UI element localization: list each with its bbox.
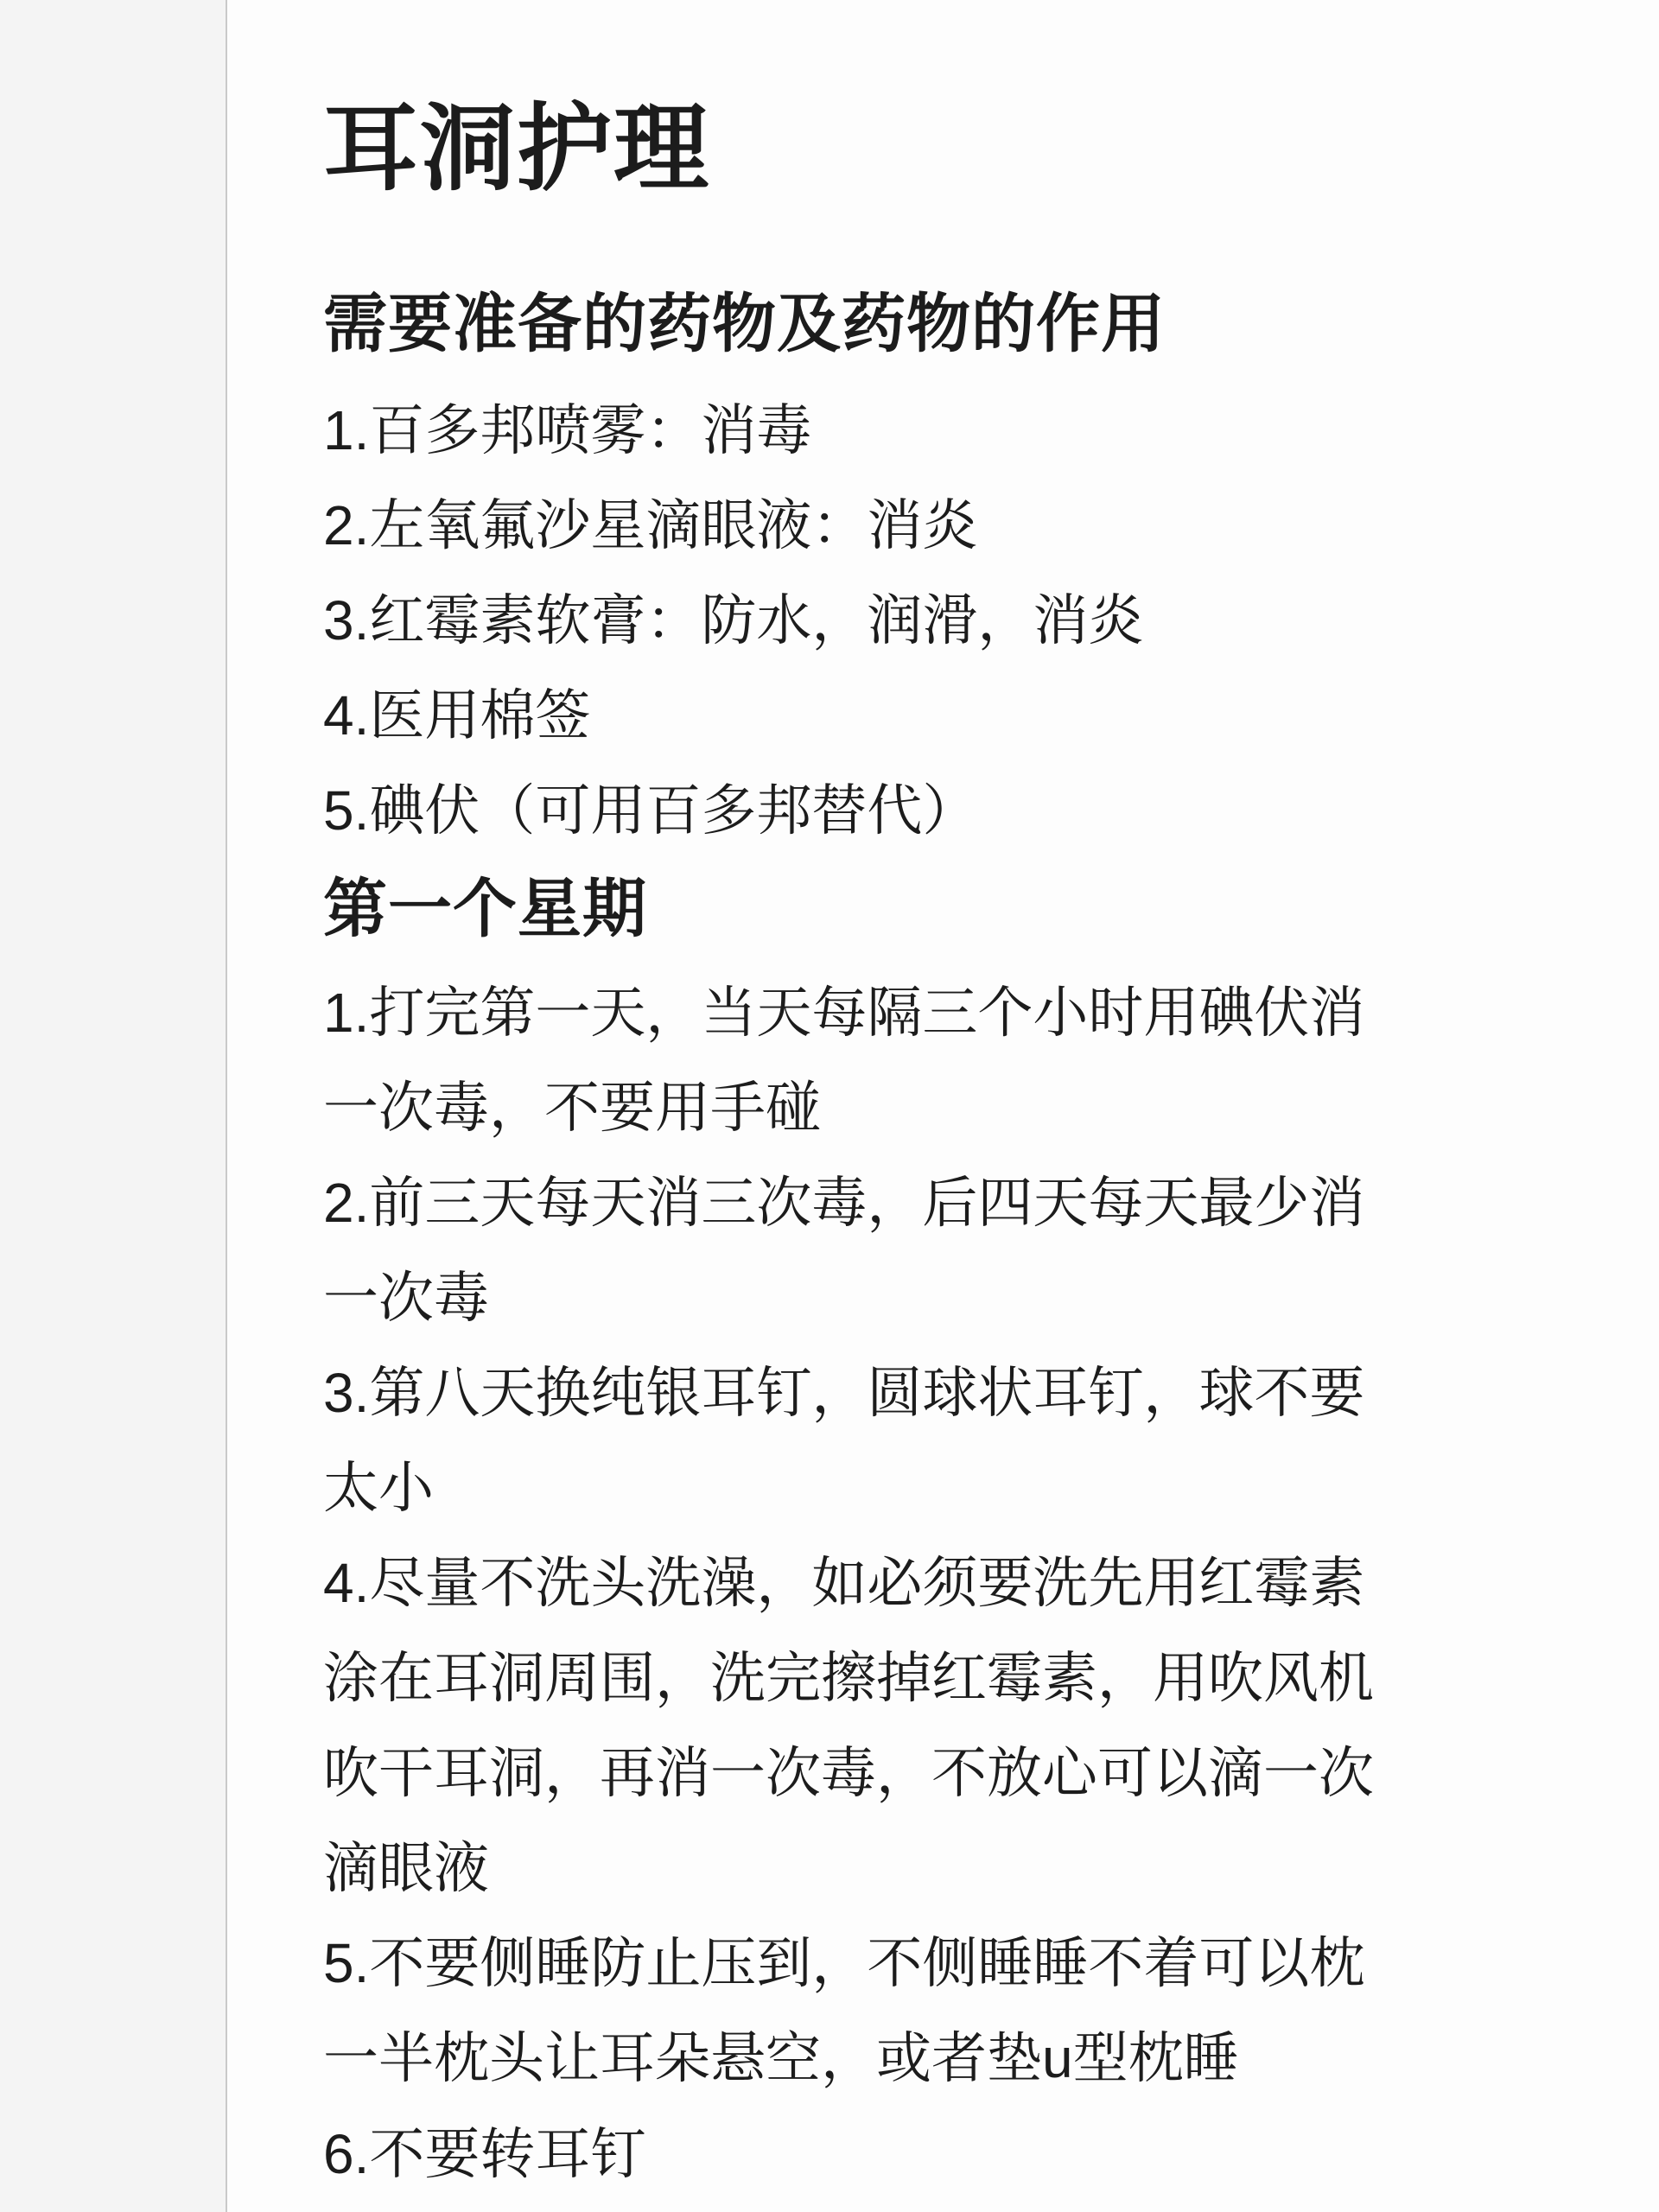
list-item: 6.不要转耳钉 — [323, 2107, 1395, 2202]
list-item: 1.百多邦喷雾：消毒 — [323, 383, 1395, 478]
list-item: 1.打完第一天，当天每隔三个小时用碘伏消一次毒，不要用手碰 — [323, 965, 1395, 1155]
list-item: 4.医用棉签 — [323, 668, 1395, 763]
page-title: 耳洞护理 — [323, 102, 1395, 197]
section-heading-medications: 需要准备的药物及药物的作用 — [323, 287, 1395, 360]
list-item: 2.前三天每天消三次毒，后四天每天最少消一次毒 — [323, 1155, 1395, 1345]
note-content: 耳洞护理 需要准备的药物及药物的作用 1.百多邦喷雾：消毒 2.左氧氟沙星滴眼液… — [323, 0, 1395, 2202]
page-edge-divider — [226, 0, 227, 2212]
section-heading-first-week: 第一个星期 — [323, 872, 1395, 945]
list-item: 3.红霉素软膏：防水，润滑，消炎 — [323, 573, 1395, 668]
list-item: 4.尽量不洗头洗澡，如必须要洗先用红霉素涂在耳洞周围，洗完擦掉红霉素，用吹风机吹… — [323, 1535, 1395, 1916]
list-item: 5.碘伏（可用百多邦替代） — [323, 763, 1395, 858]
list-item: 5.不要侧睡防止压到，不侧睡睡不着可以枕一半枕头让耳朵悬空，或者垫u型枕睡 — [323, 1916, 1395, 2106]
list-item: 3.第八天换纯银耳钉，圆球状耳钉，球不要太小 — [323, 1345, 1395, 1535]
left-margin — [0, 0, 226, 2212]
list-item: 2.左氧氟沙星滴眼液：消炎 — [323, 478, 1395, 573]
